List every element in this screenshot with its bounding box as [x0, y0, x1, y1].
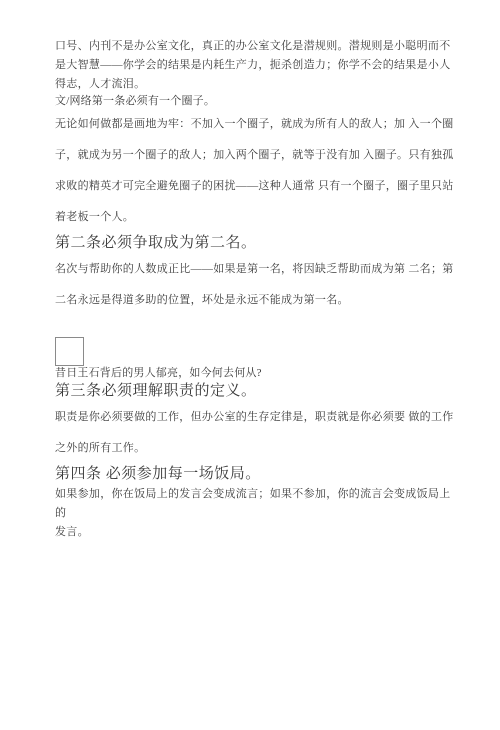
rule2-heading: 第二条必须争取成为第二名。 [55, 233, 457, 254]
intro-paragraph: 口号、内刊不是办公室文化，真正的办公室文化是潜规则。潜规则是小聪明而不 是大智慧… [55, 37, 457, 94]
image-placeholder [55, 337, 84, 366]
image-caption: 昔日王石背后的男人郁亮，如今何去何从? [55, 366, 457, 381]
rule4-heading: 第四条 必须参加每一场饭局。 [55, 464, 457, 485]
byline-rule1-line: 文/网络第一条必须有一个圈子。 [55, 94, 457, 109]
rule3-paragraph: 职责是你必须要做的工作，但办公室的生存定律是，职责就是你必须要 做的工作 之外的… [55, 402, 457, 464]
rule4-paragraph: 如果参加，你在饭局上的发言会变成流言；如果不参加，你的流言会变成饭局上的 发言。 [55, 485, 457, 542]
rule1-paragraph: 无论如何做都是画地为牢：不加入一个圈子，就成为所有人的敌人；加 入一个圈 子，就… [55, 109, 457, 233]
rule2-paragraph: 名次与帮助你的人数成正比——如果是第一名，将因缺乏帮助而成为第 二名；第 二名永… [55, 254, 457, 316]
document-page: 口号、内刊不是办公室文化，真正的办公室文化是潜规则。潜规则是小聪明而不 是大智慧… [0, 0, 500, 730]
rule3-heading: 第三条必须理解职责的定义。 [55, 381, 457, 402]
